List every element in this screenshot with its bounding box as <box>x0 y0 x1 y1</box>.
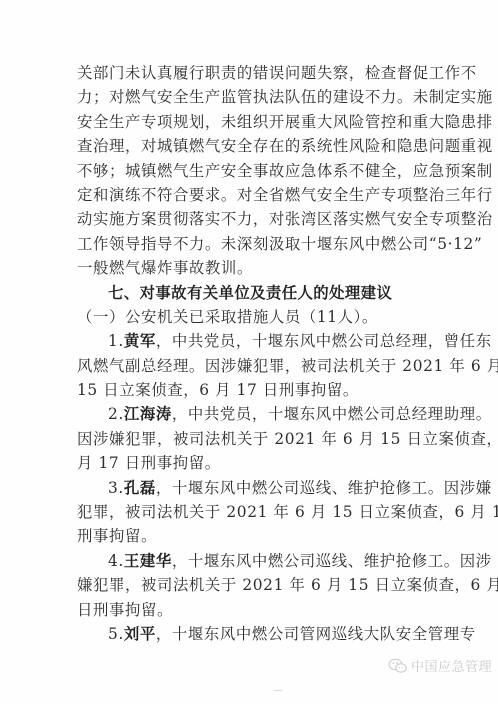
text-line: 因涉嫌犯罪，被司法机关于 2021 年 6 月 15 日立案侦查，6 <box>77 427 425 451</box>
person-description: ，中共党员，十堰东风中燃公司总经理，曾任东 <box>156 332 492 350</box>
person-description: ，十堰东风中燃公司管网巡线大队安全管理专 <box>156 625 476 643</box>
subsection-heading: （一）公安机关已采取措施人员（11人）。 <box>77 305 425 329</box>
person-entry: 3.孔磊，十堰东风中燃公司巡线、维护抢修工。因涉嫌 犯罪，被司法机关于 2021… <box>77 476 425 549</box>
person-name: 江海涛 <box>124 405 172 423</box>
person-entry: 5.刘平，十堰东风中燃公司管网巡线大队安全管理专 <box>77 622 425 646</box>
person-description: ，十堰东风中燃公司巡线、维护抢修工。因涉嫌 <box>156 479 492 497</box>
text-line: 嫌犯罪，被司法机关于 2021 年 6 月 15 日立案侦查，6 月 17 <box>77 573 425 597</box>
watermark: 中国应急管理 <box>388 656 492 675</box>
text-line: 定和演练不符合要求。对全省燃气安全生产专项整治三年行 <box>77 183 425 207</box>
text-line: 工作领导指导不力。未深刻汲取十堰东风中燃公司“5·12” <box>77 232 425 256</box>
document-page: 关部门未认真履行职责的错误问题失察，检查督促工作不 力；对燃气安全生产监管执法队… <box>0 0 498 704</box>
person-number: 1. <box>108 332 124 350</box>
text-line: 查治理，对城镇燃气安全存在的系统性风险和隐患问题重视 <box>77 134 425 158</box>
text-line: 力；对燃气安全生产监管执法队伍的建设不力。未制定实施 <box>77 85 425 109</box>
person-name: 王建华 <box>124 552 172 570</box>
person-entry: 2.江海涛，中共党员，十堰东风中燃公司总经理助理。 因涉嫌犯罪，被司法机关于 2… <box>77 402 425 475</box>
text-line: 动实施方案贯彻落实不力，对张湾区落实燃气安全专项整治 <box>77 207 425 231</box>
person-first-line: 3.孔磊，十堰东风中燃公司巡线、维护抢修工。因涉嫌 <box>77 476 425 500</box>
text-line: 一般燃气爆炸事故教训。 <box>77 256 425 280</box>
person-number: 5. <box>108 625 124 643</box>
section-heading: 七、对事故有关单位及责任人的处理建议 <box>77 281 425 305</box>
page-number-mark <box>274 690 282 691</box>
text-line: 月 17 日刑事拘留。 <box>77 451 425 475</box>
person-number: 2. <box>108 405 124 423</box>
text-line: 关部门未认真履行职责的错误问题失察，检查督促工作不 <box>77 61 425 85</box>
person-first-line: 2.江海涛，中共党员，十堰东风中燃公司总经理助理。 <box>77 402 425 426</box>
person-first-line: 4.王建华，十堰东风中燃公司巡线、维护抢修工。因涉 <box>77 549 425 573</box>
person-description: ，十堰东风中燃公司巡线、维护抢修工。因涉 <box>172 552 492 570</box>
text-line: 15 日立案侦查，6 月 17 日刑事拘留。 <box>77 378 425 402</box>
person-name: 黄军 <box>124 332 156 350</box>
person-entry: 4.王建华，十堰东风中燃公司巡线、维护抢修工。因涉 嫌犯罪，被司法机关于 202… <box>77 549 425 622</box>
watermark-text: 中国应急管理 <box>411 656 492 675</box>
text-line: 犯罪，被司法机关于 2021 年 6 月 15 日立案侦查，6 月 17 日 <box>77 500 425 524</box>
text-line: 风燃气副总经理。因涉嫌犯罪，被司法机关于 2021 年 6 月 <box>77 354 425 378</box>
person-description: ，中共党员，十堰东风中燃公司总经理助理。 <box>172 405 492 423</box>
person-first-line: 1.黄军，中共党员，十堰东风中燃公司总经理，曾任东 <box>77 329 425 353</box>
person-number: 3. <box>108 479 124 497</box>
person-number: 4. <box>108 552 124 570</box>
document-body: 关部门未认真履行职责的错误问题失察，检查督促工作不 力；对燃气安全生产监管执法队… <box>77 61 425 646</box>
person-entry: 1.黄军，中共党员，十堰东风中燃公司总经理，曾任东 风燃气副总经理。因涉嫌犯罪，… <box>77 329 425 402</box>
text-line: 日刑事拘留。 <box>77 598 425 622</box>
text-line: 安全生产专项规划，未组织开展重大风险管控和重大隐患排 <box>77 110 425 134</box>
text-line: 不够；城镇燃气生产安全事故应急体系不健全，应急预案制 <box>77 159 425 183</box>
paragraph-continuation: 关部门未认真履行职责的错误问题失察，检查督促工作不 力；对燃气安全生产监管执法队… <box>77 61 425 281</box>
wechat-icon <box>388 658 408 674</box>
person-name: 孔磊 <box>124 479 156 497</box>
person-first-line: 5.刘平，十堰东风中燃公司管网巡线大队安全管理专 <box>77 622 425 646</box>
text-line: 刑事拘留。 <box>77 524 425 548</box>
person-name: 刘平 <box>124 625 156 643</box>
